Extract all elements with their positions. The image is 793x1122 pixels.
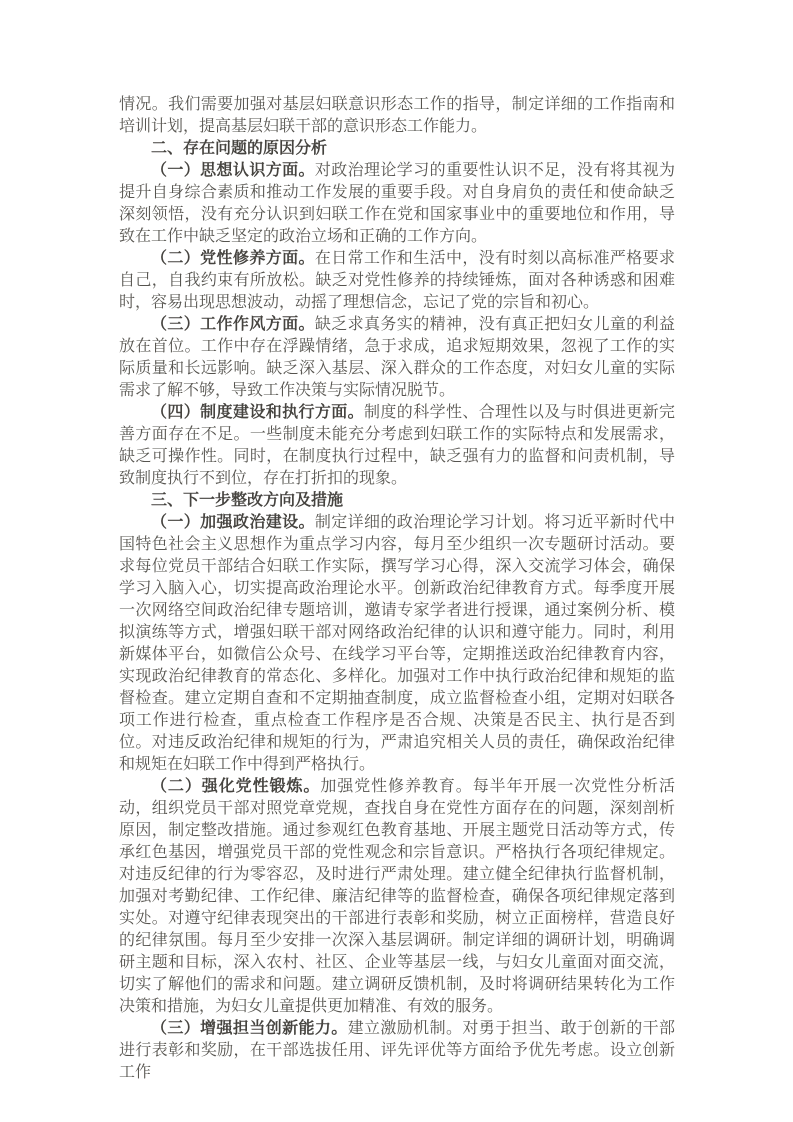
subsection-lead: （一）加强政治建设。 xyxy=(151,514,315,531)
paragraph-measure-3: （三）增强担当创新能力。建立激励机制。对勇于担当、敢于创新的干部进行表彰和奖励，… xyxy=(119,1018,675,1084)
subsection-lead: （二）党性修养方面。 xyxy=(151,250,315,267)
section-heading-causes: 二、存在问题的原因分析 xyxy=(119,138,675,160)
subsection-lead: （三）工作作风方面。 xyxy=(151,316,315,333)
heading-text: 二、存在问题的原因分析 xyxy=(151,140,327,157)
section-heading-measures: 三、下一步整改方向及措施 xyxy=(119,490,675,512)
paragraph-cause-1: （一）思想认识方面。对政治理论学习的重要性认识不足，没有将其视为提升自身综合素质… xyxy=(119,160,675,248)
paragraph-text: 制定详细的政治理论学习计划。将习近平新时代中国特色社会主义思想作为重点学习内容，… xyxy=(119,514,675,773)
paragraph-text: 情况。我们需要加强对基层妇联意识形态工作的指导，制定详细的工作指南和培训计划，提… xyxy=(119,96,675,135)
paragraph-measure-2: （二）强化党性锻炼。加强党性修养教育。每半年开展一次党性分析活动，组织党员干部对… xyxy=(119,776,675,1018)
paragraph-cause-4: （四）制度建设和执行方面。制度的科学性、合理性以及与时俱进更新完善方面存在不足。… xyxy=(119,402,675,490)
heading-text: 三、下一步整改方向及措施 xyxy=(151,492,343,509)
document-page: 情况。我们需要加强对基层妇联意识形态工作的指导，制定详细的工作指南和培训计划，提… xyxy=(0,0,793,1122)
paragraph-continuation: 情况。我们需要加强对基层妇联意识形态工作的指导，制定详细的工作指南和培训计划，提… xyxy=(119,94,675,138)
paragraph-text: 加强党性修养教育。每半年开展一次党性分析活动，组织党员干部对照党章党规，查找自身… xyxy=(119,778,675,1015)
subsection-lead: （四）制度建设和执行方面。 xyxy=(151,404,364,421)
paragraph-cause-2: （二）党性修养方面。在日常工作和生活中，没有时刻以高标准严格要求自己，自我约束有… xyxy=(119,248,675,314)
subsection-lead: （三）增强担当创新能力。 xyxy=(151,1020,348,1037)
paragraph-cause-3: （三）工作作风方面。缺乏求真务实的精神，没有真正把妇女儿童的利益放在首位。工作中… xyxy=(119,314,675,402)
subsection-lead: （一）思想认识方面。 xyxy=(151,162,315,179)
subsection-lead: （二）强化党性锻炼。 xyxy=(151,778,320,795)
paragraph-measure-1: （一）加强政治建设。制定详细的政治理论学习计划。将习近平新时代中国特色社会主义思… xyxy=(119,512,675,776)
